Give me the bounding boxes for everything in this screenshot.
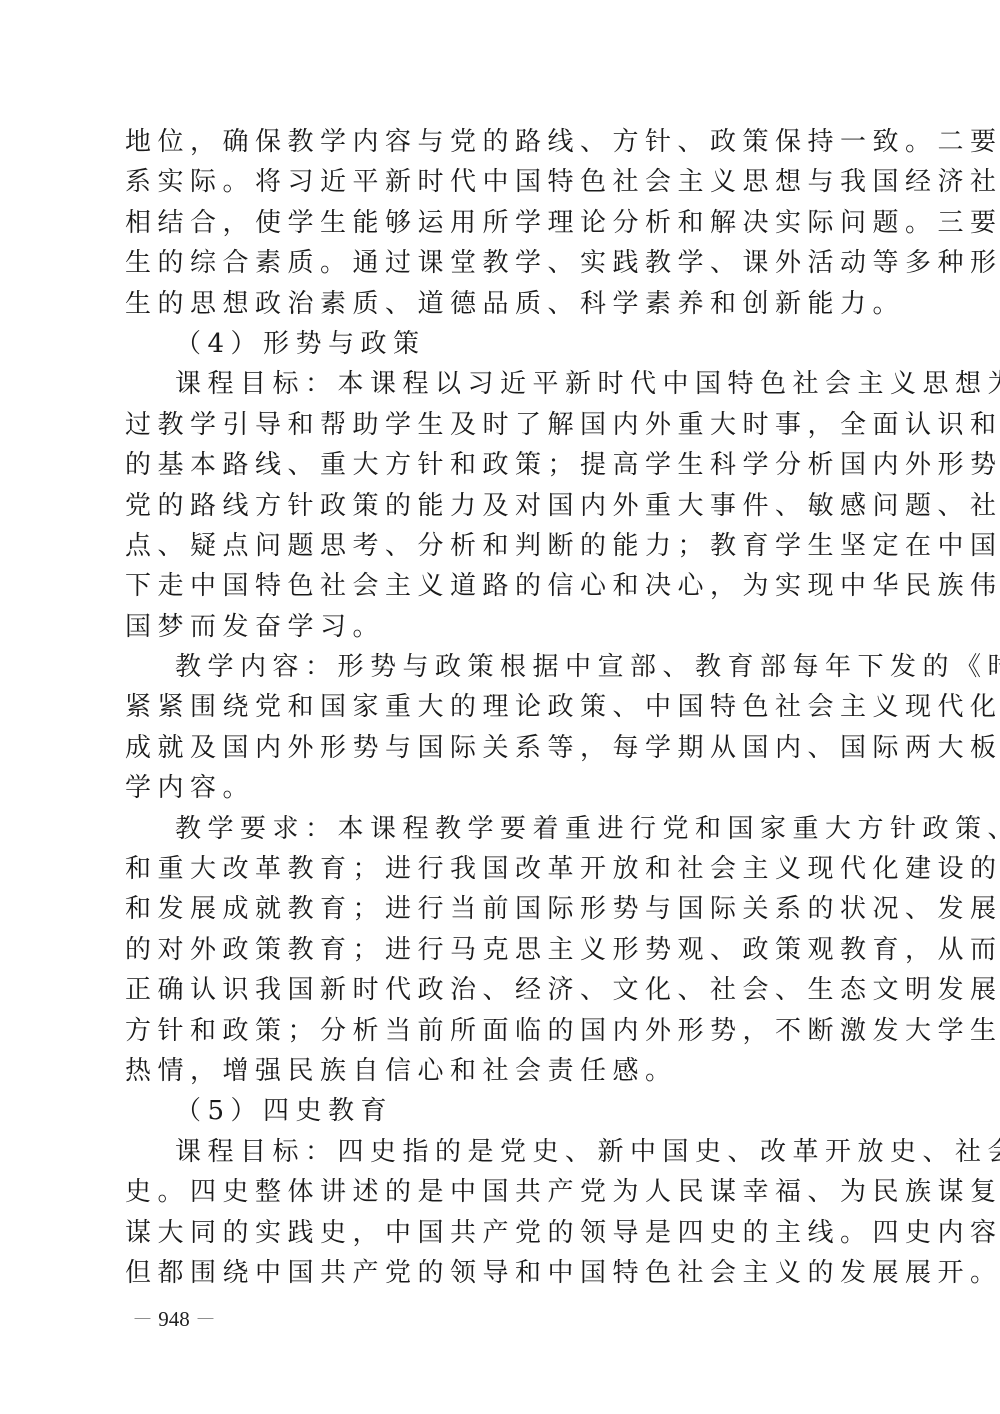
text-line: 成就及国内外形势与国际关系等，每学期从国内、国际两大板块中确定教 xyxy=(125,728,885,768)
text-line: 教学要求：本课程教学要着重进行党和国家重大方针政策、重大活动 xyxy=(125,809,885,849)
text-line: 课程目标：四史指的是党史、新中国史、改革开放史、社会主义发展 xyxy=(125,1132,885,1172)
paragraph-four-histories-goal: 课程目标：四史指的是党史、新中国史、改革开放史、社会主义发展 史。四史整体讲述的… xyxy=(125,1132,885,1294)
text-line: 正确认识我国新时代政治、经济、文化、社会、生态文明发展做出的重大 xyxy=(125,970,885,1010)
paragraph-teaching-requirements: 教学要求：本课程教学要着重进行党和国家重大方针政策、重大活动 和重大改革教育；进… xyxy=(125,809,885,1092)
text-line: 但都围绕中国共产党的领导和中国特色社会主义的发展展开。本课程以习 xyxy=(125,1253,885,1293)
paragraph-continuation: 地位，确保教学内容与党的路线、方针、政策保持一致。二要突出理论联 系实际。将习近… xyxy=(125,122,885,324)
text-line: 史。四史整体讲述的是中国共产党为人民谋幸福、为民族谋复兴、为世界 xyxy=(125,1172,885,1212)
text-line: 生的综合素质。通过课堂教学、实践教学、课外活动等多种形式，提高学 xyxy=(125,243,885,283)
document-page: 地位，确保教学内容与党的路线、方针、政策保持一致。二要突出理论联 系实际。将习近… xyxy=(0,0,1000,1414)
text-line: 系实际。将习近平新时代中国特色社会主义思想与我国经济社会发展实际 xyxy=(125,162,885,202)
page-body: 地位，确保教学内容与党的路线、方针、政策保持一致。二要突出理论联 系实际。将习近… xyxy=(125,122,885,1293)
footer-dash-right: － xyxy=(195,1307,216,1331)
text-line: 紧紧围绕党和国家重大的理论政策、中国特色社会主义现代化建设的伟大 xyxy=(125,687,885,727)
text-line: 点、疑点问题思考、分析和判断的能力；教育学生坚定在中国共产党领导 xyxy=(125,526,885,566)
page-number: 948 xyxy=(158,1307,190,1331)
paragraph-teaching-content: 教学内容：形势与政策根据中宣部、教育部每年下发的《时事报告》， 紧紧围绕党和国家… xyxy=(125,647,885,809)
text-line: 课程目标：本课程以习近平新时代中国特色社会主义思想为指导，通 xyxy=(125,364,885,404)
text-line: 和重大改革教育；进行我国改革开放和社会主义现代化建设的形势、任务 xyxy=(125,849,885,889)
page-footer: － 948 － xyxy=(132,1303,216,1333)
text-line: 的对外政策教育；进行马克思主义形势观、政策观教育，从而帮助大学生 xyxy=(125,930,885,970)
footer-dash-left: － xyxy=(132,1307,153,1331)
text-line: 热情，增强民族自信心和社会责任感。 xyxy=(125,1051,885,1091)
text-line: 下走中国特色社会主义道路的信心和决心，为实现中华民族伟大复兴的中 xyxy=(125,566,885,606)
text-line: 生的思想政治素质、道德品质、科学素养和创新能力。 xyxy=(125,284,885,324)
text-line: 学内容。 xyxy=(125,768,885,808)
section-heading-situation-policy: （4）形势与政策 xyxy=(125,324,885,364)
text-line: 地位，确保教学内容与党的路线、方针、政策保持一致。二要突出理论联 xyxy=(125,122,885,162)
text-line: 过教学引导和帮助学生及时了解国内外重大时事，全面认识和正确理解党 xyxy=(125,405,885,445)
text-line: 的基本路线、重大方针和政策；提高学生科学分析国内外形势和正确理解 xyxy=(125,445,885,485)
text-line: 方针和政策；分析当前所面临的国内外形势，不断激发大学生的爱国主义 xyxy=(125,1011,885,1051)
text-line: 和发展成就教育；进行当前国际形势与国际关系的状况、发展趋势和我国 xyxy=(125,889,885,929)
paragraph-course-goal: 课程目标：本课程以习近平新时代中国特色社会主义思想为指导，通 过教学引导和帮助学… xyxy=(125,364,885,647)
text-line: 党的路线方针政策的能力及对国内外重大事件、敏感问题、社会热点、难 xyxy=(125,486,885,526)
text-line: 教学内容：形势与政策根据中宣部、教育部每年下发的《时事报告》， xyxy=(125,647,885,687)
text-line: 相结合，使学生能够运用所学理论分析和解决实际问题。三要注重培养学 xyxy=(125,203,885,243)
text-line: 国梦而发奋学习。 xyxy=(125,607,885,647)
text-line: 谋大同的实践史，中国共产党的领导是四史的主线。四史内容各有侧重， xyxy=(125,1213,885,1253)
section-heading-four-histories: （5）四史教育 xyxy=(125,1091,885,1131)
